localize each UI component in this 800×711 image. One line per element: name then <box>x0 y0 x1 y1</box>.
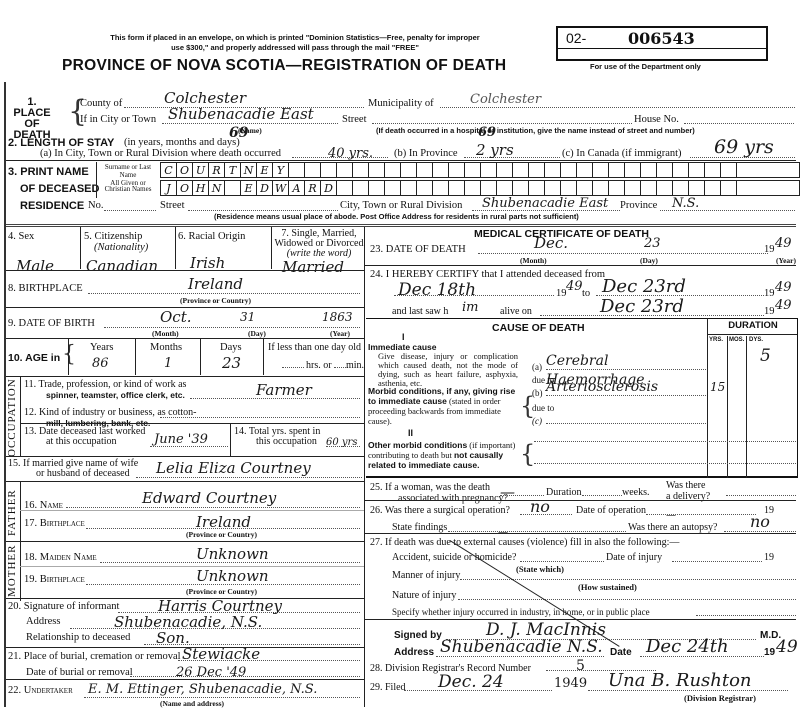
surname-letter-cell[interactable] <box>353 163 369 177</box>
q11-field[interactable]: Farmer <box>190 380 360 399</box>
delivery-field[interactable] <box>726 493 796 496</box>
municipality-value: Colchester <box>440 92 541 107</box>
mother-maiden-value: Unknown <box>100 545 269 563</box>
given-letter-cell[interactable]: D <box>321 181 337 195</box>
surname-cells[interactable]: COURTNEY <box>160 162 800 178</box>
operation-date-value: — <box>646 510 676 521</box>
other-head: Other morbid conditions <box>368 440 467 450</box>
nature-field[interactable] <box>458 598 796 600</box>
duration-col-yrs: YRS. <box>709 337 723 343</box>
record-number: 006543 <box>628 29 695 48</box>
spouse-label: 15. If married give name of wife or husb… <box>8 459 138 479</box>
delivery-label: Was there a delivery? <box>666 480 710 502</box>
surname-letter-cell[interactable] <box>689 163 705 177</box>
given-letter-cell[interactable] <box>353 181 369 195</box>
attended-to-value: Dec 23rd <box>596 276 686 297</box>
days-value[interactable]: 23 <box>222 354 241 372</box>
days-label: Days <box>220 342 242 353</box>
to-year: 49 <box>775 280 792 295</box>
q25-value: — <box>500 483 515 501</box>
filed-label: 29. Filed <box>370 682 406 693</box>
given-letter-cell[interactable]: J <box>161 181 177 195</box>
q25-label-2: associated with pregnancy? <box>370 493 508 504</box>
signed-by-label: Signed by <box>394 630 442 641</box>
record-number-field[interactable]: 5 <box>546 655 656 671</box>
surname-letter-cell[interactable] <box>305 163 321 177</box>
dob-day-caption: (Day) <box>248 329 266 338</box>
cause-c-field[interactable] <box>546 412 706 424</box>
filed-year: 1949 <box>554 676 587 691</box>
burial-date-field[interactable]: 26 Dec '49 <box>130 661 360 677</box>
dob-year-caption: (Year) <box>330 329 350 338</box>
surname-letter-cell[interactable] <box>545 163 561 177</box>
cause-b-value: Arteriosclerosis <box>546 379 658 395</box>
burial-place-field[interactable]: Stewiacke <box>178 644 360 661</box>
mother-birthplace-label: 19. Birthplace <box>24 574 85 585</box>
municipality-label: Municipality of <box>368 98 434 109</box>
surname-letter-cell[interactable]: N <box>241 163 257 177</box>
mail-notice-line-1: This form if placed in an envelope, on w… <box>60 33 530 43</box>
surname-letter-cell[interactable] <box>321 163 337 177</box>
surname-letter-cell[interactable]: Y <box>273 163 289 177</box>
residence-city-value: Shubenacadie East <box>472 196 608 211</box>
record-prefix: 02- <box>566 30 586 46</box>
mother-side-label: MOTHER <box>6 542 20 600</box>
cause-a-field[interactable]: Cerebral Haemorrhage <box>546 350 706 370</box>
signature-year: 49 <box>776 637 798 657</box>
duration-title: DURATION <box>708 320 798 331</box>
q25-label-1: 25. If a woman, was the death <box>370 482 508 493</box>
findings-field[interactable]: — <box>448 520 626 532</box>
cause-b-field[interactable]: Arteriosclerosis <box>546 376 706 396</box>
specify-label: Specify whether injury occurred in indus… <box>392 607 650 617</box>
father-birthplace-value: Ireland <box>86 513 251 531</box>
dob-day: 31 <box>240 310 255 324</box>
delivery-label-1: Was there <box>666 480 710 491</box>
house-no-label: House No. <box>634 114 679 125</box>
death-month-caption: (Month) <box>520 256 547 265</box>
registrar-signature-value: Una B. Rushton <box>588 670 752 691</box>
racial-origin-label: 6. Racial Origin <box>178 231 245 242</box>
residence-street-field[interactable] <box>188 208 338 211</box>
pregnancy-duration-field[interactable] <box>582 493 622 496</box>
autopsy-value: no <box>724 512 770 531</box>
filed-date-field[interactable]: Dec. 24 <box>404 672 552 691</box>
mother-maiden-field[interactable]: Unknown <box>100 544 360 563</box>
surname-letter-cell[interactable] <box>417 163 433 177</box>
given-letter-cell[interactable] <box>449 181 465 195</box>
form-title: PROVINCE OF NOVA SCOTIA—REGISTRATION OF … <box>62 57 522 75</box>
stay-b-value: 2 yrs <box>464 141 514 159</box>
weeks-label: weeks. <box>622 487 650 498</box>
surname-letter-cell[interactable] <box>289 163 305 177</box>
given-letter-cell[interactable] <box>417 181 433 195</box>
given-letter-cell[interactable]: R <box>305 181 321 195</box>
surname-caption: Surname or Last Name <box>98 163 158 179</box>
surname-letter-cell[interactable] <box>673 163 689 177</box>
undertaker-caption: (Name and address) <box>160 699 224 708</box>
stay-c-label: (c) In Canada (if immigrant) <box>562 148 682 159</box>
county-label: County of <box>80 98 122 109</box>
death-year-prefix: 19 <box>764 244 775 255</box>
q11-label-2: spinner, teamster, office clerk, etc. <box>24 390 186 400</box>
stay-a-field[interactable]: 40 yrs. <box>292 142 388 158</box>
sex-label: 4. Sex <box>8 231 34 242</box>
operation-field[interactable]: no <box>520 497 572 515</box>
stay-note-a: 69 <box>229 125 248 141</box>
injury-date-label: Date of injury <box>606 552 662 563</box>
given-caption: All Given or Christian Names <box>98 180 158 192</box>
dob-month-caption: (Month) <box>152 329 179 338</box>
surname-letter-cell[interactable] <box>481 163 497 177</box>
birthplace-caption: (Province or Country) <box>180 296 251 305</box>
relationship-field[interactable]: Son. <box>144 628 360 645</box>
given-letter-cell[interactable]: A <box>289 181 305 195</box>
burial-date-label: Date of burial or removal <box>26 667 133 678</box>
department-box: 02- 006543 <box>556 26 768 61</box>
spouse-field[interactable]: Lelia Eliza Courtney <box>136 458 362 478</box>
surname-letter-cell[interactable] <box>449 163 465 177</box>
q14-label-2: this occupation <box>234 437 320 447</box>
state-which-caption: (State which) <box>516 564 564 574</box>
citizenship-value[interactable]: Canadian <box>86 257 158 275</box>
stay-c-value: 69 yrs <box>690 136 774 158</box>
residence-no-label: No. <box>88 200 103 211</box>
age-label-text: 10. AGE in <box>8 352 60 364</box>
given-letter-cell[interactable]: W <box>273 181 289 195</box>
section-I-label: I <box>402 332 405 342</box>
print-name-label-2: OF DECEASED <box>8 181 99 198</box>
given-letter-cell[interactable] <box>433 181 449 195</box>
less-than-day-label: If less than one day old <box>268 342 361 353</box>
given-letter-cell[interactable] <box>401 181 417 195</box>
other-brace-icon: { <box>520 440 535 468</box>
father-name-value: Edward Courtney <box>66 489 276 507</box>
signature-address-value: Shubenacadie N.S. <box>436 637 603 657</box>
mail-notice-line-2: use $300," and properly addressed will p… <box>60 43 530 53</box>
how-sustained-caption: (How sustained) <box>578 582 637 592</box>
findings-label: State findings <box>392 522 447 533</box>
cause-c-label: (c) <box>532 416 542 426</box>
cause-a-label: (a) <box>532 362 542 372</box>
operation-value: no <box>520 497 550 516</box>
hospital-note: (If death occurred in a hospital or inst… <box>376 126 695 135</box>
death-year-caption: (Year) <box>776 256 796 265</box>
undertaker-field[interactable]: E. M. Ettinger, Shubenacadie, N.S. <box>84 678 360 698</box>
q11-value: Farmer <box>190 381 312 399</box>
injury-date-field[interactable] <box>672 560 762 562</box>
city-value: Shubenacadie East <box>162 105 314 123</box>
q11-label-1: 11. Trade, profession, or kind of work a… <box>24 380 186 390</box>
surname-letter-cell[interactable] <box>609 163 625 177</box>
cause-b-duration-years[interactable]: 15 <box>710 380 725 394</box>
occupation-side-label: OCCUPATION <box>6 378 20 458</box>
q12-label: 12. Kind of industry or business, as cot… <box>24 408 197 428</box>
municipality-field[interactable]: Colchester <box>440 88 795 108</box>
surname-letter-cell[interactable]: U <box>193 163 209 177</box>
q13-value: June '39 <box>150 432 208 447</box>
last-saw-label: and last saw h <box>392 306 448 317</box>
surname-letter-cell[interactable]: R <box>209 163 225 177</box>
given-letter-cell[interactable]: E <box>241 181 257 195</box>
surname-letter-cell[interactable]: E <box>257 163 273 177</box>
given-letter-cell[interactable] <box>369 181 385 195</box>
residence-province-label: Province <box>620 200 657 211</box>
undertaker-label: 22. Undertaker <box>8 685 73 696</box>
mother-birthplace-caption: (Province or Country) <box>186 587 257 596</box>
alive-on-label: alive on <box>500 306 532 317</box>
undertaker-value: E. M. Ettinger, Shubenacadie, N.S. <box>84 682 317 697</box>
given-letter-cell[interactable]: N <box>209 181 225 195</box>
q11-label: 11. Trade, profession, or kind of work a… <box>24 380 186 400</box>
spouse-value: Lelia Eliza Courtney <box>136 459 311 477</box>
alive-year: 49 <box>775 298 792 313</box>
mail-notice: This form if placed in an envelope, on w… <box>60 33 530 53</box>
accident-field[interactable] <box>520 560 604 562</box>
death-year: 49 <box>775 236 792 251</box>
from-year: 49 <box>566 279 583 294</box>
operation-date-label: Date of operation <box>576 505 646 516</box>
surname-letter-cell[interactable] <box>641 163 657 177</box>
q14-field[interactable]: 60 yrs <box>326 430 360 447</box>
duration-col-mos: MOS. <box>729 337 744 343</box>
surname-letter-cell[interactable] <box>529 163 545 177</box>
mother-birthplace-field[interactable]: Unknown <box>86 566 360 585</box>
q14-value: 60 yrs <box>326 437 357 448</box>
manner-label: Manner of injury <box>392 570 460 581</box>
given-letter-cell[interactable] <box>641 181 657 195</box>
hrs-field[interactable] <box>282 366 304 368</box>
surname-letter-cell[interactable] <box>433 163 449 177</box>
cause-title: CAUSE OF DEATH <box>492 322 585 334</box>
father-birthplace-field[interactable]: Ireland <box>86 512 360 529</box>
signature-date-field[interactable]: Dec 24th <box>640 636 764 657</box>
death-date-label: 23. DATE OF DEATH <box>370 244 466 255</box>
signature-address-label: Address <box>394 647 434 658</box>
surname-letter-cell[interactable] <box>465 163 481 177</box>
given-letter-cell[interactable] <box>337 181 353 195</box>
signature-year-prefix: 19 <box>764 647 775 658</box>
given-letter-cell[interactable] <box>385 181 401 195</box>
given-letter-cell[interactable] <box>625 181 641 195</box>
months-label: Months <box>150 342 182 353</box>
dob-year: 1863 <box>322 310 353 324</box>
registrar-caption: (Division Registrar) <box>684 693 756 703</box>
house-no-field[interactable] <box>684 120 794 124</box>
surname-letter-cell[interactable] <box>401 163 417 177</box>
age-label: 10. AGE in <box>8 352 60 364</box>
dob-label: 9. DATE OF BIRTH <box>8 318 95 329</box>
citizenship-label: 5. Citizenship(Nationality) <box>84 231 148 253</box>
immediate-cause-desc: Give disease, injury or complication whi… <box>368 352 518 388</box>
length-of-stay-sub: (in years, months and days) <box>124 137 240 148</box>
signature-address-field[interactable]: Shubenacadie N.S. <box>436 637 604 657</box>
print-name-label: 3. PRINT NAME OF DECEASED <box>8 164 99 198</box>
alive-on-value: Dec 23rd <box>540 296 684 317</box>
alive-year-prefix: 19 <box>764 306 775 317</box>
q27-label: 27. If death was due to external causes … <box>370 537 679 548</box>
stay-c-field[interactable]: 69 yrs <box>690 136 795 158</box>
filed-date-value: Dec. 24 <box>404 672 504 692</box>
birthplace-field[interactable]: Ireland <box>88 274 360 294</box>
surname-letter-cell[interactable] <box>577 163 593 177</box>
other-conditions-field-2[interactable] <box>534 458 796 464</box>
given-letter-cell[interactable]: H <box>193 181 209 195</box>
father-birthplace-caption: (Province or Country) <box>186 530 257 539</box>
street-label: Street <box>342 114 367 125</box>
residence-no-field[interactable] <box>104 208 156 211</box>
surname-letter-cell[interactable] <box>561 163 577 177</box>
duration-col-dys: DYS. <box>749 337 763 343</box>
death-date-field[interactable] <box>478 236 768 254</box>
given-letter-cell[interactable] <box>225 181 241 195</box>
given-letter-cell[interactable]: D <box>257 181 273 195</box>
citizenship-sub: (Nationality) <box>84 242 148 253</box>
residence-label: RESIDENCE <box>20 200 84 212</box>
stay-b-label: (b) In Province <box>394 148 458 159</box>
spouse-label-2: or husband of deceased <box>8 469 138 479</box>
stay-a-value: 40 yrs. <box>292 146 373 161</box>
hrs-label: hrs. or <box>306 360 332 371</box>
signature-date-value: Dec 24th <box>640 636 729 657</box>
father-side-label: FATHER <box>6 484 20 542</box>
surname-letter-cell[interactable]: C <box>161 163 177 177</box>
q13-field[interactable]: June '39 <box>150 428 228 447</box>
years-value[interactable]: 86 <box>92 356 109 371</box>
q12-field[interactable] <box>160 412 360 418</box>
section-II-label: II <box>408 428 413 438</box>
cause-a-duration-days[interactable]: 5 <box>760 346 771 366</box>
surname-letter-cell[interactable]: T <box>225 163 241 177</box>
given-letter-cell[interactable]: O <box>177 181 193 195</box>
other-conditions-instructions: Other morbid conditions (if important) c… <box>368 440 518 470</box>
surname-letter-cell[interactable]: O <box>177 163 193 177</box>
q26-label: 26. Was there a surgical operation? <box>370 505 510 516</box>
years-label: Years <box>90 342 113 353</box>
surname-letter-cell[interactable] <box>369 163 385 177</box>
surname-letter-cell[interactable] <box>593 163 609 177</box>
q13-label-2: at this occupation <box>24 437 145 447</box>
nature-label: Nature of injury <box>392 590 456 601</box>
death-day: 23 <box>644 236 661 251</box>
stay-b-field[interactable]: 2 yrs <box>464 140 560 158</box>
print-name-label-1: 3. PRINT NAME <box>8 164 99 181</box>
dob-month: Oct. <box>160 308 192 326</box>
birthplace-value: Ireland <box>88 275 243 293</box>
surname-letter-cell[interactable] <box>513 163 529 177</box>
months-value[interactable]: 1 <box>164 356 172 371</box>
mother-birthplace-value: Unknown <box>86 567 269 585</box>
residence-province-value: N.S. <box>660 196 699 211</box>
q25-field[interactable]: — <box>500 482 544 496</box>
marital-label: 7. Single, Married, Widowed or Divorced … <box>274 229 364 259</box>
alive-on-field[interactable]: Dec 23rd <box>540 296 764 316</box>
specify-field[interactable] <box>696 614 796 616</box>
residence-street-label: Street <box>160 200 185 211</box>
death-month: Dec. <box>534 234 568 252</box>
surname-letter-cell[interactable] <box>497 163 513 177</box>
mother-maiden-label: 18. Maiden Name <box>24 552 97 563</box>
surname-letter-cell[interactable] <box>385 163 401 177</box>
accident-label: Accident, suicide or homicide? <box>392 552 516 563</box>
relationship-label: Relationship to deceased <box>26 632 130 643</box>
residence-province-field[interactable]: N.S. <box>660 192 795 211</box>
residence-city-field[interactable]: Shubenacadie East <box>472 192 620 211</box>
department-note: For use of the Department only <box>590 62 701 71</box>
stay-note-b: 69 <box>478 125 496 140</box>
informant-address-field[interactable]: Shubenacadie, N.S. <box>70 612 360 629</box>
immediate-cause-instructions: Immediate cause Give disease, injury or … <box>368 343 518 388</box>
other-conditions-field-1[interactable] <box>534 436 796 442</box>
surname-letter-cell[interactable] <box>657 163 673 177</box>
residence-city-label: City, Town or Rural Division <box>340 200 462 211</box>
attended-to-field[interactable]: Dec 23rd <box>596 276 764 296</box>
informant-label: 20. Signature of informant <box>8 601 119 612</box>
surname-letter-cell[interactable] <box>721 163 737 177</box>
last-saw-value[interactable]: im <box>462 300 479 315</box>
father-birthplace-label: 17. Birthplace <box>24 518 85 529</box>
informant-address-label: Address <box>26 616 60 627</box>
surname-letter-cell[interactable] <box>337 163 353 177</box>
min-label: min. <box>346 360 364 371</box>
residence-note: (Residence means usual place of abode. P… <box>214 212 579 221</box>
citizenship-label-text: 5. Citizenship <box>84 231 142 242</box>
place-label-1: 1. PLACE <box>8 97 56 119</box>
city-label: If in City or Town <box>80 114 156 125</box>
injury-year-prefix: 19 <box>764 552 774 563</box>
father-name-field[interactable]: Edward Courtney <box>66 488 360 508</box>
morbid-instructions: Morbid conditions, if any, giving rise t… <box>368 386 518 426</box>
street-field[interactable] <box>372 120 632 124</box>
autopsy-label: Was there an autopsy? <box>628 522 717 533</box>
stay-a-label: (a) In City, Town or Rural Division wher… <box>40 148 281 159</box>
to-year-prefix: 19 <box>764 288 775 299</box>
sex-value[interactable]: Male <box>16 257 54 275</box>
surname-letter-cell[interactable] <box>625 163 641 177</box>
city-field[interactable]: Shubenacadie East <box>162 104 338 124</box>
death-day-caption: (Day) <box>640 256 658 265</box>
attended-from-field[interactable]: Dec 18th <box>394 280 554 296</box>
surname-letter-cell[interactable] <box>737 163 753 177</box>
q13-label: 13. Date deceased last worked at this oc… <box>24 427 145 447</box>
attended-from-value: Dec 18th <box>394 280 476 300</box>
surname-letter-cell[interactable] <box>705 163 721 177</box>
age-brace-icon: { <box>62 342 76 367</box>
birthplace-label: 8. BIRTHPLACE <box>8 283 83 294</box>
autopsy-field[interactable]: no <box>724 512 796 532</box>
informant-field[interactable]: Harris Courtney <box>118 596 360 613</box>
registrar-signature-field[interactable]: Una B. Rushton <box>588 670 788 691</box>
place-of-death-label: 1. PLACE OF DEATH <box>8 97 56 141</box>
q14-label: 14. Total yrs. spent in this occupation <box>234 427 320 447</box>
